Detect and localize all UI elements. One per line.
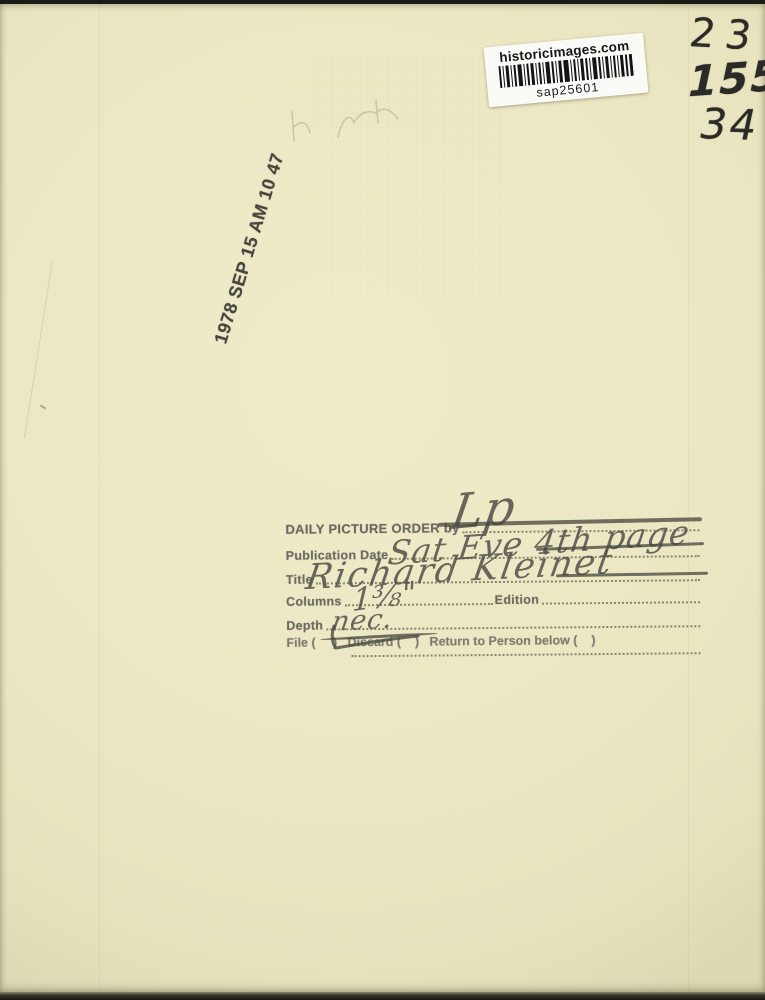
paper-crease	[99, 4, 100, 996]
depth-label: Depth	[286, 618, 323, 632]
photo-back-paper: historicimages.com	[0, 4, 765, 992]
photo-back-scan: historicimages.com	[0, 0, 765, 1000]
file-checkmark-icon	[324, 622, 424, 656]
handwritten-number: 155	[683, 50, 765, 106]
edition-label: Edition	[495, 593, 540, 607]
barcode-label: historicimages.com	[484, 33, 649, 108]
paper-crease	[24, 260, 53, 438]
paper-speck	[40, 404, 46, 409]
faint-pencil-scribble	[280, 89, 450, 159]
handwritten-number: 34	[695, 99, 765, 150]
paper-crease	[688, 4, 689, 996]
photo-bottom-edge	[0, 992, 765, 1000]
date-stamp: 1978 SEP 15 AM 10 47	[210, 137, 293, 346]
dotted-line	[542, 601, 700, 604]
